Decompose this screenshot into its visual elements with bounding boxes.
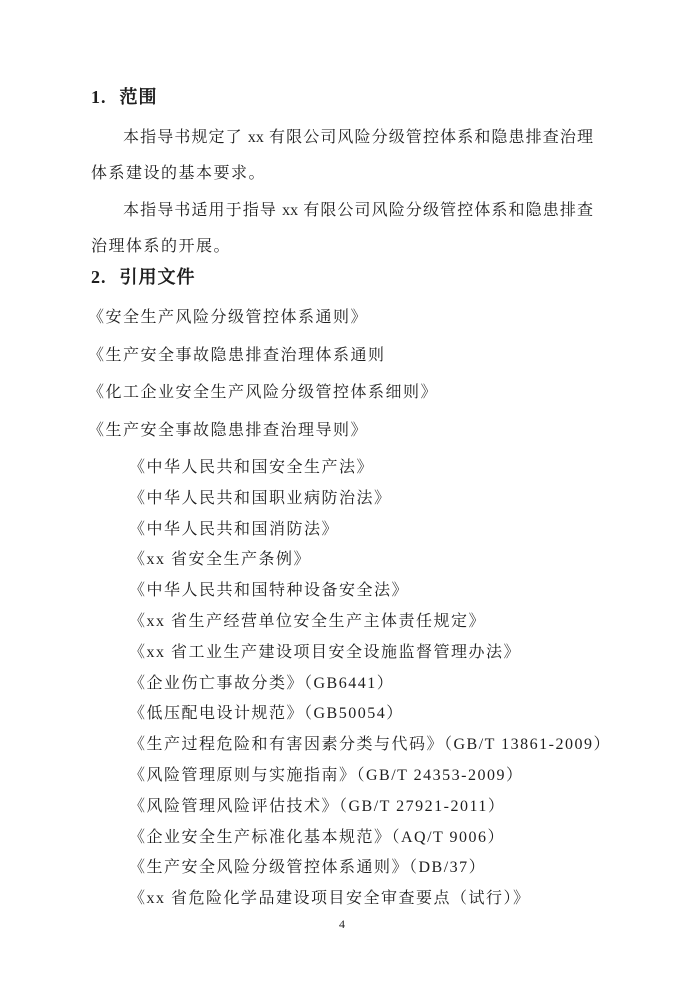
page-number: 4 [91,916,593,932]
reference-item: 《xx 省生产经营单位安全生产主体责任规定》 [129,611,486,633]
section-2-heading: 2.引用文件 [91,265,196,289]
reference-item: 《中华人民共和国安全生产法》 [129,457,374,479]
reference-item: 《安全生产风险分级管控体系通则》 [88,307,368,329]
section-1-number: 1. [91,87,107,107]
section-1-heading: 1.范围 [91,85,158,109]
reference-item: 《生产安全事故隐患排查治理体系通则 [88,345,386,367]
paragraph-1-line-1: 本指导书规定了 xx 有限公司风险分级管控体系和隐患排查治理 [91,127,593,149]
reference-item: 《风险管理风险评估技术》（GB/T 27921-2011） [129,796,505,818]
paragraph-2-line-1: 本指导书适用于指导 xx 有限公司风险分级管控体系和隐患排查 [91,200,593,222]
section-1-title: 范围 [120,87,158,107]
reference-item: 《中华人民共和国特种设备安全法》 [129,580,409,602]
reference-item: 《中华人民共和国消防法》 [129,519,339,541]
paragraph-2-line-2: 治理体系的开展。 [91,236,593,258]
reference-item: 《生产安全风险分级管控体系通则》（DB/37） [129,857,486,879]
reference-item: 《xx 省工业生产建设项目安全设施监督管理办法》 [129,642,521,664]
reference-item: 《xx 省安全生产条例》 [129,549,311,571]
reference-item: 《风险管理原则与实施指南》（GB/T 24353-2009） [129,765,524,787]
reference-item: 《企业安全生产标准化基本规范》（AQ/T 9006） [129,827,505,849]
reference-item: 《企业伤亡事故分类》（GB6441） [129,673,394,695]
paragraph-1-line-2: 体系建设的基本要求。 [91,163,593,185]
section-2-number: 2. [91,267,107,287]
reference-item: 《生产过程危险和有害因素分类与代码》（GB/T 13861-2009） [129,734,611,756]
reference-item: 《低压配电设计规范》（GB50054） [129,703,404,725]
reference-item: 《化工企业安全生产风险分级管控体系细则》 [88,382,438,404]
section-2-title: 引用文件 [120,267,196,287]
reference-item: 《生产安全事故隐患排查治理导则》 [88,420,368,442]
reference-item: 《xx 省危险化学品建设项目安全审查要点（试行）》 [129,888,531,910]
reference-item: 《中华人民共和国职业病防治法》 [129,488,392,510]
document-page: 1.范围 本指导书规定了 xx 有限公司风险分级管控体系和隐患排查治理 体系建设… [0,0,700,990]
